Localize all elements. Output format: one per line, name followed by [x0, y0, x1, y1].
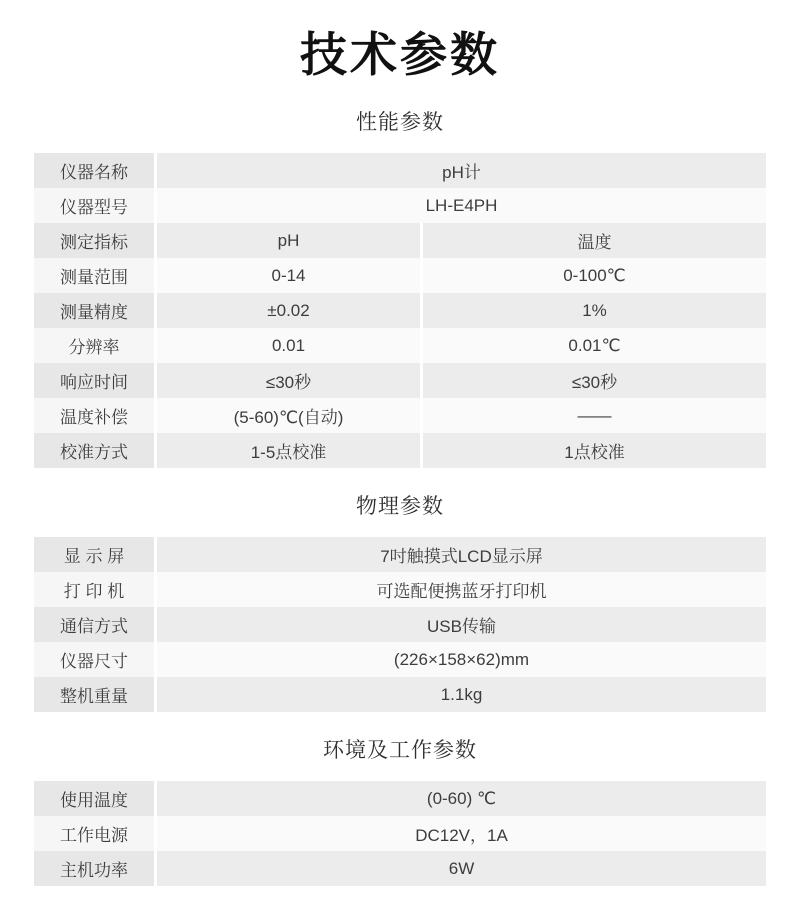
table-row: 分辨率0.010.01℃: [34, 328, 766, 363]
section-heading: 性能参数: [0, 110, 800, 135]
row-value: ±0.02: [157, 293, 420, 328]
section-heading: 环境及工作参数: [0, 738, 800, 763]
table-row: 打 印 机可选配便携蓝牙打印机: [34, 572, 766, 607]
row-label: 测量范围: [34, 258, 154, 293]
row-value: ≤30秒: [423, 363, 766, 398]
table-row: 校准方式1-5点校准1点校准: [34, 433, 766, 468]
row-label: 显 示 屏: [34, 537, 154, 572]
row-value: 1点校准: [423, 433, 766, 468]
row-value: pH计: [157, 153, 766, 188]
row-label: 工作电源: [34, 816, 154, 851]
table-row: 显 示 屏7吋触摸式LCD显示屏: [34, 537, 766, 572]
table-row: 仪器名称pH计: [34, 153, 766, 188]
table-row: 响应时间≤30秒≤30秒: [34, 363, 766, 398]
table-row: 仪器尺寸(226×158×62)mm: [34, 642, 766, 677]
table-row: 主机功率6W: [34, 851, 766, 886]
row-value: pH: [157, 223, 420, 258]
spec-page: 技术参数 性能参数仪器名称pH计仪器型号LH-E4PH测定指标pH温度测量范围0…: [0, 0, 800, 915]
row-label: 分辨率: [34, 328, 154, 363]
row-label: 测定指标: [34, 223, 154, 258]
row-value: 0-14: [157, 258, 420, 293]
spec-table: 显 示 屏7吋触摸式LCD显示屏打 印 机可选配便携蓝牙打印机通信方式USB传输…: [34, 537, 766, 712]
row-label: 响应时间: [34, 363, 154, 398]
row-value: 0.01: [157, 328, 420, 363]
row-value: 7吋触摸式LCD显示屏: [157, 537, 766, 572]
row-label: 主机功率: [34, 851, 154, 886]
row-value: ≤30秒: [157, 363, 420, 398]
table-row: 仪器型号LH-E4PH: [34, 188, 766, 223]
row-label: 测量精度: [34, 293, 154, 328]
row-value: USB传输: [157, 607, 766, 642]
row-value: 0-100℃: [423, 258, 766, 293]
section-heading: 物理参数: [0, 494, 800, 519]
table-row: 温度补偿(5-60)℃(自动)——: [34, 398, 766, 433]
row-value: 1-5点校准: [157, 433, 420, 468]
table-row: 使用温度(0-60) ℃: [34, 781, 766, 816]
row-value: DC12V，1A: [157, 816, 766, 851]
row-value: 可选配便携蓝牙打印机: [157, 572, 766, 607]
spec-section: 性能参数仪器名称pH计仪器型号LH-E4PH测定指标pH温度测量范围0-140-…: [0, 110, 800, 468]
row-value: 6W: [157, 851, 766, 886]
row-label: 整机重量: [34, 677, 154, 712]
table-row: 测定指标pH温度: [34, 223, 766, 258]
row-value: 温度: [423, 223, 766, 258]
row-value: 1.1kg: [157, 677, 766, 712]
table-row: 测量范围0-140-100℃: [34, 258, 766, 293]
table-row: 整机重量1.1kg: [34, 677, 766, 712]
page-title: 技术参数: [0, 26, 800, 84]
spec-table: 使用温度(0-60) ℃工作电源DC12V，1A主机功率6W: [34, 781, 766, 886]
table-row: 通信方式USB传输: [34, 607, 766, 642]
row-value: (226×158×62)mm: [157, 642, 766, 677]
spec-sections: 性能参数仪器名称pH计仪器型号LH-E4PH测定指标pH温度测量范围0-140-…: [0, 110, 800, 886]
spec-table: 仪器名称pH计仪器型号LH-E4PH测定指标pH温度测量范围0-140-100℃…: [34, 153, 766, 468]
row-label: 校准方式: [34, 433, 154, 468]
spec-section: 物理参数显 示 屏7吋触摸式LCD显示屏打 印 机可选配便携蓝牙打印机通信方式U…: [0, 494, 800, 712]
row-label: 仪器名称: [34, 153, 154, 188]
table-row: 工作电源DC12V，1A: [34, 816, 766, 851]
row-value: ——: [423, 398, 766, 433]
spec-section: 环境及工作参数使用温度(0-60) ℃工作电源DC12V，1A主机功率6W: [0, 738, 800, 886]
row-value: 0.01℃: [423, 328, 766, 363]
row-value: LH-E4PH: [157, 188, 766, 223]
table-row: 测量精度±0.021%: [34, 293, 766, 328]
row-value: (0-60) ℃: [157, 781, 766, 816]
row-label: 通信方式: [34, 607, 154, 642]
row-label: 温度补偿: [34, 398, 154, 433]
row-value: 1%: [423, 293, 766, 328]
row-value: (5-60)℃(自动): [157, 398, 420, 433]
row-label: 打 印 机: [34, 572, 154, 607]
row-label: 使用温度: [34, 781, 154, 816]
row-label: 仪器尺寸: [34, 642, 154, 677]
row-label: 仪器型号: [34, 188, 154, 223]
